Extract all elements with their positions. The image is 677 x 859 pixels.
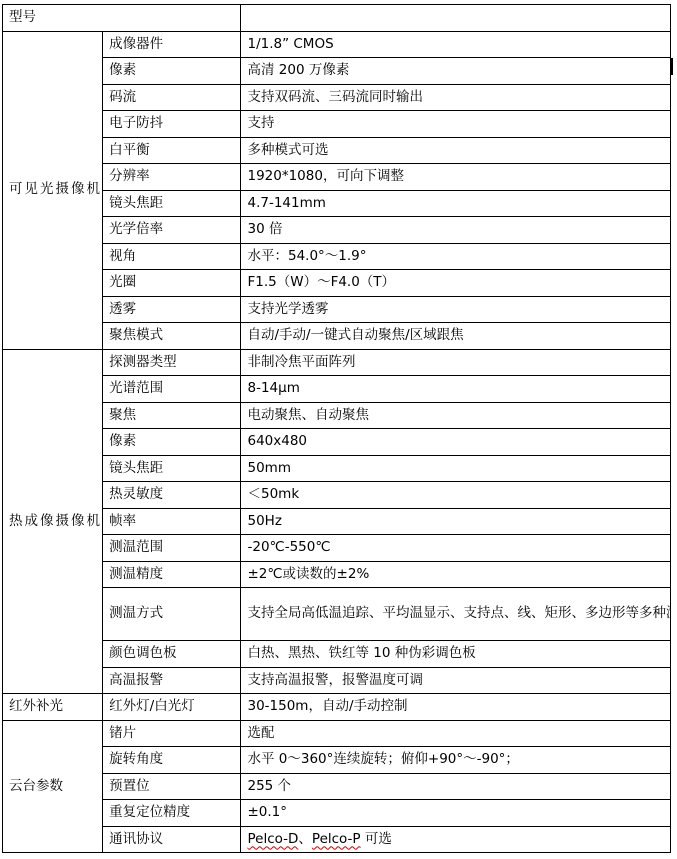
table-row: 分辨率1920*1080，可向下调整 xyxy=(3,164,671,191)
param-label: 镜头焦距 xyxy=(103,190,241,217)
table-row: 视角水平：54.0°～1.9° xyxy=(3,243,671,270)
param-label: 白平衡 xyxy=(103,137,241,164)
param-value: F1.5（W）～F4.0（T） xyxy=(241,270,671,297)
param-label: 透雾 xyxy=(103,296,241,323)
table-row: 白平衡多种模式可选 xyxy=(3,137,671,164)
protocol-pelco-p: Pelco-P xyxy=(312,831,361,847)
table-row: 通讯协议 Pelco-D、Pelco-P 可选 xyxy=(3,826,671,853)
table-row: 光学倍率30 倍 xyxy=(3,217,671,244)
param-value: ±0.1° xyxy=(241,800,671,827)
param-label: 像素 xyxy=(103,58,241,85)
param-value: 8-14μm xyxy=(241,376,671,403)
param-value: 支持 xyxy=(241,111,671,138)
table-row: 重复定位精度±0.1° xyxy=(3,800,671,827)
param-label: 光学倍率 xyxy=(103,217,241,244)
param-value: 支持双码流、三码流同时输出 xyxy=(241,84,671,111)
param-label: 像素 xyxy=(103,429,241,456)
param-value: 非制冷焦平面阵列 xyxy=(241,349,671,376)
param-label: 预置位 xyxy=(103,773,241,800)
param-label: 成像器件 xyxy=(103,31,241,58)
protocol-suffix: 可选 xyxy=(361,831,392,847)
param-value: 支持全局高低温追踪、平均温显示、支持点、线、矩形、多边形等多种测温模式，最多可支… xyxy=(241,588,671,641)
param-value: ＜50mk xyxy=(241,482,671,509)
table-row: 测温范围-20℃-550℃ xyxy=(3,535,671,562)
param-label: 红外灯/白光灯 xyxy=(103,694,241,721)
param-label: 聚焦模式 xyxy=(103,323,241,350)
table-row: 光圈F1.5（W）～F4.0（T） xyxy=(3,270,671,297)
table-row: 镜头焦距50mm xyxy=(3,455,671,482)
param-value: 选配 xyxy=(241,720,671,747)
param-label: 镜头焦距 xyxy=(103,455,241,482)
table-row: 云台参数 锗片 选配 xyxy=(3,720,671,747)
table-row: 热成像摄像机 探测器类型 非制冷焦平面阵列 xyxy=(3,349,671,376)
text-cursor-mark xyxy=(670,58,673,75)
table-row: 电子防抖支持 xyxy=(3,111,671,138)
table-row: 高温报警支持高温报警，报警温度可调 xyxy=(3,667,671,694)
param-label: 电子防抖 xyxy=(103,111,241,138)
table-row-model: 型号 xyxy=(3,5,671,32)
table-row: 红外补光 红外灯/白光灯 30-150m，自动/手动控制 xyxy=(3,694,671,721)
param-value: 白热、黑热、铁红等 10 种伪彩调色板 xyxy=(241,641,671,668)
param-value: 4.7-141mm xyxy=(241,190,671,217)
param-value: Pelco-D、Pelco-P 可选 xyxy=(241,826,671,853)
table-row: 像素高清 200 万像素 xyxy=(3,58,671,85)
param-value: 电动聚焦、自动聚焦 xyxy=(241,402,671,429)
param-label: 测温范围 xyxy=(103,535,241,562)
protocol-pelco-d: Pelco-D xyxy=(247,831,298,847)
separator: 、 xyxy=(298,831,312,847)
param-value: ±2℃或读数的±2% xyxy=(241,561,671,588)
table-row: 颜色调色板白热、黑热、铁红等 10 种伪彩调色板 xyxy=(3,641,671,668)
param-label: 码流 xyxy=(103,84,241,111)
model-value xyxy=(241,5,671,32)
param-label: 聚焦 xyxy=(103,402,241,429)
param-label: 测温方式 xyxy=(103,588,241,641)
param-value: 水平：54.0°～1.9° xyxy=(241,243,671,270)
param-label: 视角 xyxy=(103,243,241,270)
param-label: 帧率 xyxy=(103,508,241,535)
param-value: 多种模式可选 xyxy=(241,137,671,164)
param-value: 支持高温报警，报警温度可调 xyxy=(241,667,671,694)
category-visible-camera: 可见光摄像机 xyxy=(3,31,103,349)
spec-table: 型号 可见光摄像机 成像器件 1/1.8” CMOS 像素高清 200 万像素 … xyxy=(2,4,671,853)
param-label: 热灵敏度 xyxy=(103,482,241,509)
param-label: 光谱范围 xyxy=(103,376,241,403)
category-ptz: 云台参数 xyxy=(3,720,103,853)
table-row: 镜头焦距4.7-141mm xyxy=(3,190,671,217)
category-thermal-camera: 热成像摄像机 xyxy=(3,349,103,694)
param-label: 通讯协议 xyxy=(103,826,241,853)
param-label: 光圈 xyxy=(103,270,241,297)
param-value: 30-150m，自动/手动控制 xyxy=(241,694,671,721)
table-row: 测温方式支持全局高低温追踪、平均温显示、支持点、线、矩形、多边形等多种测温模式，… xyxy=(3,588,671,641)
table-row: 帧率50Hz xyxy=(3,508,671,535)
param-label: 分辨率 xyxy=(103,164,241,191)
table-row: 光谱范围8-14μm xyxy=(3,376,671,403)
param-label: 旋转角度 xyxy=(103,747,241,774)
param-value: 50Hz xyxy=(241,508,671,535)
param-value: 255 个 xyxy=(241,773,671,800)
table-row: 透雾支持光学透雾 xyxy=(3,296,671,323)
table-row: 聚焦电动聚焦、自动聚焦 xyxy=(3,402,671,429)
param-value: 30 倍 xyxy=(241,217,671,244)
table-row: 码流支持双码流、三码流同时输出 xyxy=(3,84,671,111)
param-value: 支持光学透雾 xyxy=(241,296,671,323)
param-label: 探测器类型 xyxy=(103,349,241,376)
param-value: 50mm xyxy=(241,455,671,482)
param-value: 水平 0～360°连续旋转；俯仰+90°～-90°； xyxy=(241,747,671,774)
param-label: 颜色调色板 xyxy=(103,641,241,668)
param-value: 1/1.8” CMOS xyxy=(241,31,671,58)
table-row: 可见光摄像机 成像器件 1/1.8” CMOS xyxy=(3,31,671,58)
table-row: 热灵敏度＜50mk xyxy=(3,482,671,509)
param-value: 640x480 xyxy=(241,429,671,456)
param-label: 高温报警 xyxy=(103,667,241,694)
param-value: 自动/手动/一键式自动聚焦/区域跟焦 xyxy=(241,323,671,350)
param-value: 1920*1080，可向下调整 xyxy=(241,164,671,191)
param-value: 高清 200 万像素 xyxy=(241,58,671,85)
table-row: 测温精度±2℃或读数的±2% xyxy=(3,561,671,588)
param-value: -20℃-550℃ xyxy=(241,535,671,562)
param-label: 锗片 xyxy=(103,720,241,747)
table-row: 旋转角度水平 0～360°连续旋转；俯仰+90°～-90°； xyxy=(3,747,671,774)
table-row: 聚焦模式自动/手动/一键式自动聚焦/区域跟焦 xyxy=(3,323,671,350)
param-label: 重复定位精度 xyxy=(103,800,241,827)
table-row: 预置位255 个 xyxy=(3,773,671,800)
model-label: 型号 xyxy=(3,5,241,32)
category-ir-fill-light: 红外补光 xyxy=(3,694,103,721)
param-label: 测温精度 xyxy=(103,561,241,588)
table-row: 像素640x480 xyxy=(3,429,671,456)
